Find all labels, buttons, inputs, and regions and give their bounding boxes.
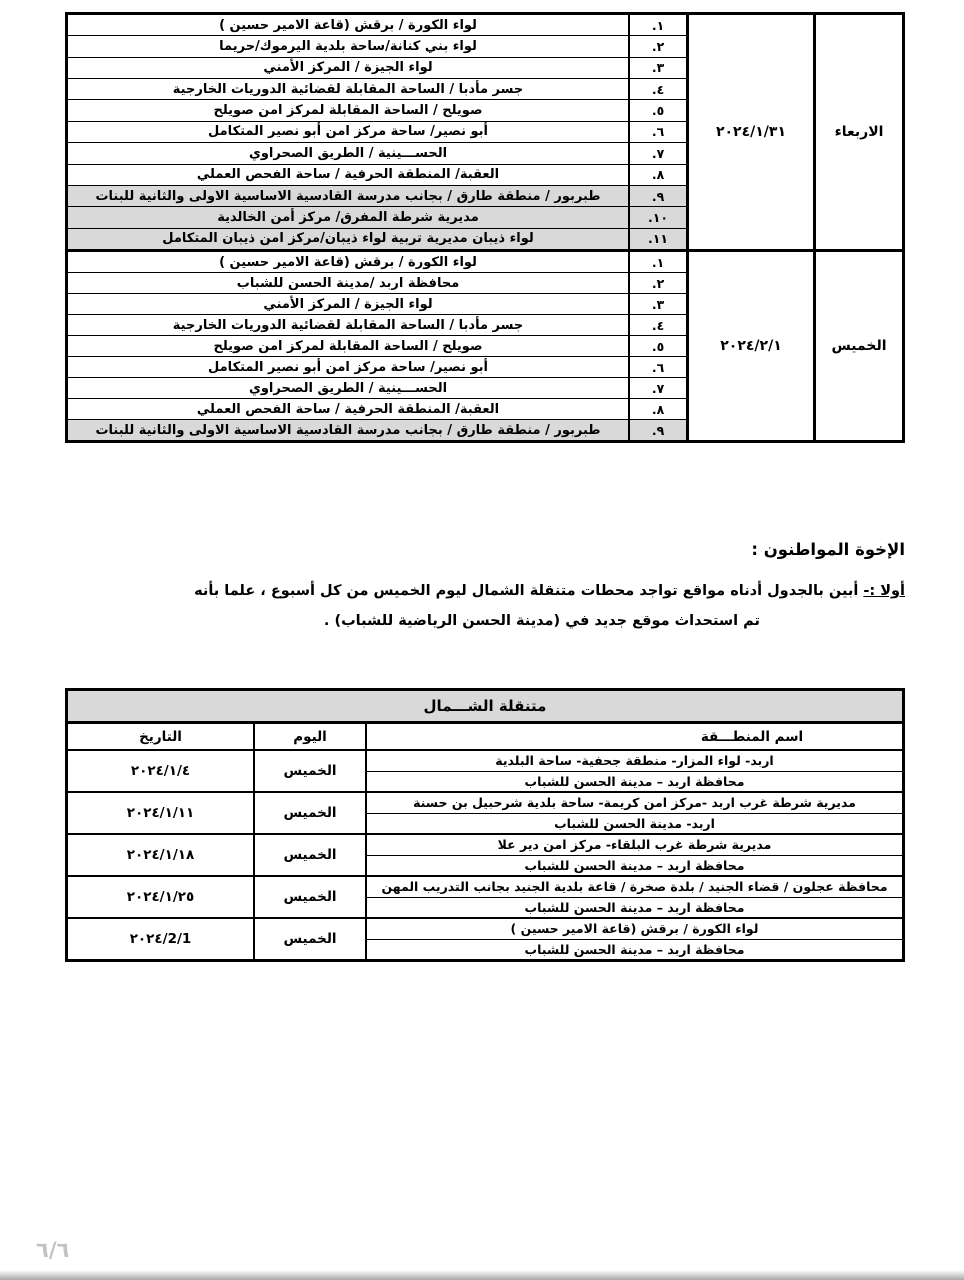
day-cell: الخميس [813, 252, 902, 440]
area-line-2: محافظة اربد – مدينة الحسن للشباب [367, 898, 902, 918]
date-value: ٢٠٢٤/١/٣١ [716, 124, 786, 140]
area-line-2: محافظة اربد – مدينة الحسن للشباب [367, 940, 902, 960]
area-cell: مديرية شرطة غرب البلقاء- مركز امن دير عل… [365, 835, 902, 875]
location-cell: جسر مأدبا / الساحة المقابلة لقضائية الدو… [68, 79, 628, 99]
area-line-2: اربد- مدينة الحسن للشباب [367, 814, 902, 834]
row-number-cell: ٨. [628, 399, 686, 419]
scan-edge-shadow [0, 1270, 964, 1280]
table-row: محافظة اربد /مدينة الحسن للشباب٢. [68, 272, 686, 293]
row-number-cell: ٤. [628, 315, 686, 335]
area-cell: لواء الكورة / برقش (قاعة الامير حسين ) م… [365, 919, 902, 959]
day-cell: الخميس [253, 835, 365, 875]
page-number: ٦/٦ [36, 1238, 69, 1262]
location-cell: لواء الجيزة / المركز الأمني [68, 58, 628, 78]
day-cell: الخميس [253, 751, 365, 791]
first-point-label: أولا :- [863, 583, 905, 599]
table-row: ٢٠٢٤/2/1 الخميس لواء الكورة / برقش (قاعة… [68, 917, 902, 959]
location-cell: جسر مأدبا / الساحة المقابلة لقضائية الدو… [68, 315, 628, 335]
table-row: لواء بني كنانة/ساحة بلدية اليرموك/حريما٢… [68, 35, 686, 56]
area-cell: محافظة عجلون / قضاء الجنيد / بلدة صخرة /… [365, 877, 902, 917]
row-number-cell: ٩. [628, 420, 686, 440]
date-value: ٢٠٢٤/١/١٨ [127, 847, 195, 863]
area-line-1: مديرية شرطة غرب البلقاء- مركز امن دير عل… [367, 835, 902, 856]
table-row: لواء الكورة / برقش (قاعة الامير حسين )١. [68, 252, 686, 272]
location-cell: طبربور / منطقة طارق / بجانب مدرسة القادس… [68, 186, 628, 206]
table-row: جسر مأدبا / الساحة المقابلة لقضائية الدو… [68, 314, 686, 335]
row-number-cell: ٥. [628, 100, 686, 120]
table-row: أبو نصير/ ساحة مركز امن أبو نصير المتكام… [68, 356, 686, 377]
date-value: ٢٠٢٤/2/1 [130, 931, 192, 947]
location-rows: لواء الكورة / برقش (قاعة الامير حسين )١.… [68, 15, 686, 249]
location-cell: طبربور / منطقة طارق / بجانب مدرسة القادس… [68, 420, 628, 440]
date-cell: ٢٠٢٤/١/١١ [68, 793, 253, 833]
table-row: ٢٠٢٤/١/٤ الخميس اربد- لواء المزار- منطقة… [68, 751, 902, 791]
row-number-cell: ٢. [628, 36, 686, 56]
date-cell: ٢٠٢٤/١/٤ [68, 751, 253, 791]
table-row: لواء الكورة / برقش (قاعة الامير حسين )١. [68, 15, 686, 35]
date-cell: ٢٠٢٤/2/1 [68, 919, 253, 959]
header-area-name: اسم المنطـــقة [365, 724, 902, 749]
location-cell: لواء ذيبان مديرية تربية لواء ذيبان/مركز … [68, 229, 628, 249]
table-row: مديرية شرطة المفرق/ مركز أمن الخالدية١٠. [68, 206, 686, 227]
day-cell: الخميس [253, 919, 365, 959]
table-row: ٢٠٢٤/١/٢٥ الخميس محافظة عجلون / قضاء الج… [68, 875, 902, 917]
mobile-north-table: متنقلة الشـــمال التاريخ اليوم اسم المنط… [65, 688, 905, 962]
table-row: لواء الجيزة / المركز الأمني٣. [68, 293, 686, 314]
table-row: طبربور / منطقة طارق / بجانب مدرسة القادس… [68, 419, 686, 440]
table-title: متنقلة الشـــمال [68, 691, 902, 724]
table-row: العقبة/ المنطقة الحرفية / ساحة الفحص الع… [68, 398, 686, 419]
row-number-cell: ٤. [628, 79, 686, 99]
location-cell: أبو نصير/ ساحة مركز امن أبو نصير المتكام… [68, 357, 628, 377]
row-number-cell: ٦. [628, 357, 686, 377]
date-value: ٢٠٢٤/١/١١ [127, 805, 195, 821]
row-number-cell: ١. [628, 252, 686, 272]
date-value: ٢٠٢٤/١/٢٥ [127, 889, 195, 905]
table-row: الحســـينية / الطريق الصحراوي٧. [68, 377, 686, 398]
day-cell: الخميس [253, 793, 365, 833]
row-number-cell: ٩. [628, 186, 686, 206]
row-number-cell: ١١. [628, 229, 686, 249]
table-row: العقبة/ المنطقة الحرفية / ساحة الفحص الع… [68, 164, 686, 185]
area-cell: اربد- لواء المزار- منطقة جحفية- ساحة الب… [365, 751, 902, 791]
area-line-2: محافظة اربد – مدينة الحسن للشباب [367, 856, 902, 876]
area-cell: مديرية شرطة غرب اربد -مركز امن كريمة- سا… [365, 793, 902, 833]
table-row: صويلح / الساحة المقابلة لمركز امن صويلح٥… [68, 335, 686, 356]
schedule-section-wednesday: لواء الكورة / برقش (قاعة الامير حسين )١.… [68, 15, 902, 249]
date-cell: ٢٠٢٤/١/٣١ [686, 15, 813, 249]
table-row: صويلح / الساحة المقابلة لمركز امن صويلح٥… [68, 99, 686, 120]
location-cell: لواء الكورة / برقش (قاعة الامير حسين ) [68, 252, 628, 272]
location-cell: الحســـينية / الطريق الصحراوي [68, 143, 628, 163]
area-line-1: محافظة عجلون / قضاء الجنيد / بلدة صخرة /… [367, 877, 902, 898]
date-value: ٢٠٢٤/١/٤ [131, 763, 190, 779]
row-number-cell: ٣. [628, 58, 686, 78]
table-row: لواء الجيزة / المركز الأمني٣. [68, 57, 686, 78]
citizens-heading: الإخوة المواطنون : [751, 540, 905, 559]
area-line-1: لواء الكورة / برقش (قاعة الامير حسين ) [367, 919, 902, 940]
location-cell: لواء الجيزة / المركز الأمني [68, 294, 628, 314]
header-date: التاريخ [68, 724, 253, 749]
row-number-cell: ٨. [628, 165, 686, 185]
table-header-row: التاريخ اليوم اسم المنطـــقة [68, 724, 902, 751]
location-cell: لواء بني كنانة/ساحة بلدية اليرموك/حريما [68, 36, 628, 56]
location-cell: أبو نصير/ ساحة مركز امن أبو نصير المتكام… [68, 122, 628, 142]
table-row: الحســـينية / الطريق الصحراوي٧. [68, 142, 686, 163]
schedule-section-thursday: لواء الكورة / برقش (قاعة الامير حسين )١.… [68, 252, 902, 440]
location-cell: محافظة اربد /مدينة الحسن للشباب [68, 273, 628, 293]
area-line-1: اربد- لواء المزار- منطقة جحفية- ساحة الب… [367, 751, 902, 772]
table-row: جسر مأدبا / الساحة المقابلة لقضائية الدو… [68, 78, 686, 99]
location-cell: الحســـينية / الطريق الصحراوي [68, 378, 628, 398]
row-number-cell: ١. [628, 15, 686, 35]
location-cell: لواء الكورة / برقش (قاعة الامير حسين ) [68, 15, 628, 35]
day-cell: الاربعاء [813, 15, 902, 249]
row-number-cell: ٧. [628, 378, 686, 398]
date-value: ٢٠٢٤/٢/١ [720, 338, 782, 354]
location-rows: لواء الكورة / برقش (قاعة الامير حسين )١.… [68, 252, 686, 440]
location-cell: صويلح / الساحة المقابلة لمركز امن صويلح [68, 100, 628, 120]
document-page: لواء الكورة / برقش (قاعة الامير حسين )١.… [0, 0, 964, 1280]
location-cell: مديرية شرطة المفرق/ مركز أمن الخالدية [68, 207, 628, 227]
date-cell: ٢٠٢٤/١/٢٥ [68, 877, 253, 917]
table-row: أبو نصير/ ساحة مركز امن أبو نصير المتكام… [68, 121, 686, 142]
header-day: اليوم [253, 724, 365, 749]
date-cell: ٢٠٢٤/٢/١ [686, 252, 813, 440]
table-row: ٢٠٢٤/١/١١ الخميس مديرية شرطة غرب اربد -م… [68, 791, 902, 833]
area-line-2: محافظة اربد – مدينة الحسن للشباب [367, 772, 902, 792]
table-row: لواء ذيبان مديرية تربية لواء ذيبان/مركز … [68, 228, 686, 249]
location-cell: العقبة/ المنطقة الحرفية / ساحة الفحص الع… [68, 165, 628, 185]
row-number-cell: ٦. [628, 122, 686, 142]
row-number-cell: ٥. [628, 336, 686, 356]
intro-paragraph-line2: تم استحداث موقع جديد في (مدينة الحسن الر… [324, 613, 760, 629]
location-cell: العقبة/ المنطقة الحرفية / ساحة الفحص الع… [68, 399, 628, 419]
day-cell: الخميس [253, 877, 365, 917]
intro-paragraph-line1: أولا :- أبين بالجدول أدناه مواقع تواجد م… [194, 583, 905, 599]
row-number-cell: ٧. [628, 143, 686, 163]
table-row: ٢٠٢٤/١/١٨ الخميس مديرية شرطة غرب البلقاء… [68, 833, 902, 875]
intro-line1-text: أبين بالجدول أدناه مواقع تواجد محطات متن… [194, 583, 863, 599]
row-number-cell: ٢. [628, 273, 686, 293]
table-row: طبربور / منطقة طارق / بجانب مدرسة القادس… [68, 185, 686, 206]
location-cell: صويلح / الساحة المقابلة لمركز امن صويلح [68, 336, 628, 356]
row-number-cell: ٣. [628, 294, 686, 314]
row-number-cell: ١٠. [628, 207, 686, 227]
date-cell: ٢٠٢٤/١/١٨ [68, 835, 253, 875]
area-line-1: مديرية شرطة غرب اربد -مركز امن كريمة- سا… [367, 793, 902, 814]
patrol-schedule-table: لواء الكورة / برقش (قاعة الامير حسين )١.… [65, 12, 905, 443]
